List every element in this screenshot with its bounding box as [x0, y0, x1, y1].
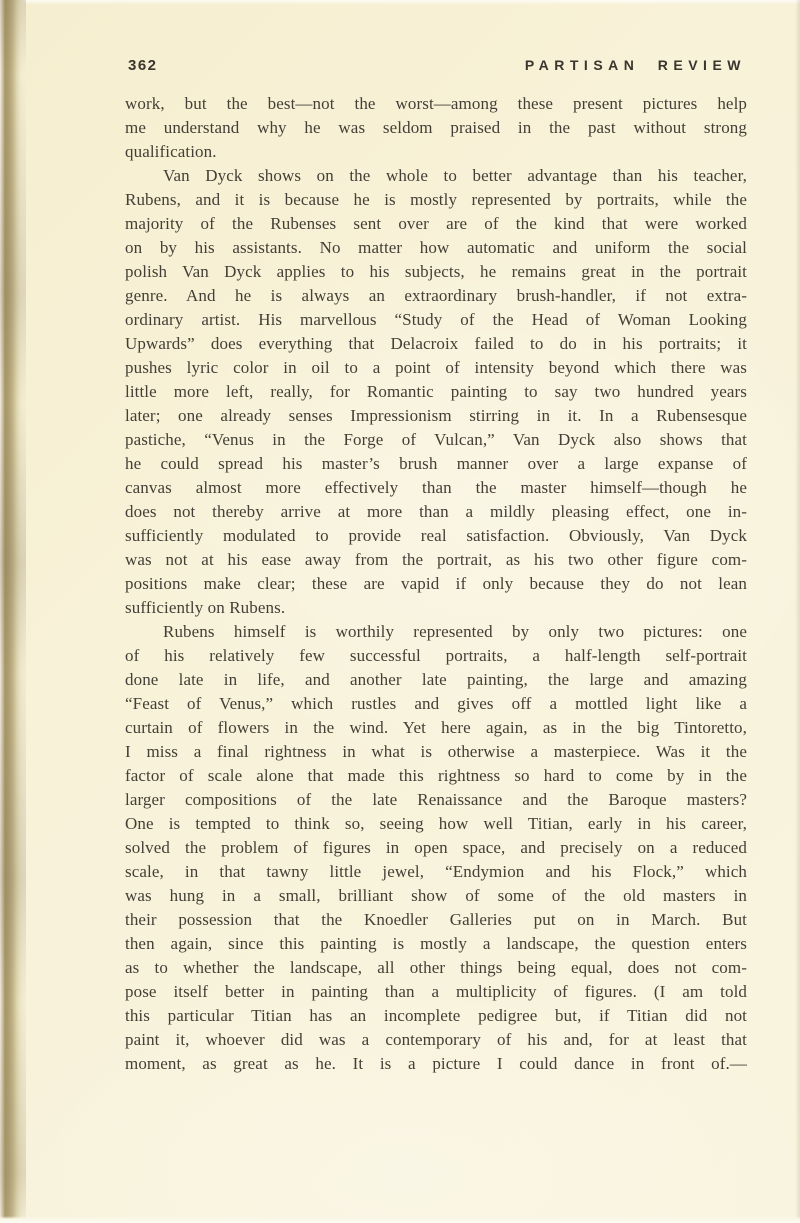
- text-line: pushes lyric color in oil to a point of …: [125, 356, 747, 380]
- text-line: does not thereby arrive at more than a m…: [125, 500, 747, 524]
- scanned-page: 362 PARTISAN REVIEW work, but the best—n…: [0, 0, 800, 1223]
- text-line: Van Dyck shows on the whole to better ad…: [125, 164, 747, 188]
- text-line: on by his assistants. No matter how auto…: [125, 236, 747, 260]
- text-line: Rubens himself is worthily represented b…: [125, 620, 747, 644]
- text-line: Rubens, and it is because he is mostly r…: [125, 188, 747, 212]
- text-line: little more left, really, for Romantic p…: [125, 380, 747, 404]
- paragraph: Van Dyck shows on the whole to better ad…: [125, 164, 747, 620]
- text-line: factor of scale alone that made this rig…: [125, 764, 747, 788]
- text-block: work, but the best—not the worst—among t…: [125, 92, 747, 1076]
- text-line: genre. And he is always an extraordinary…: [125, 284, 747, 308]
- text-line: moment, as great as he. It is a picture …: [125, 1052, 747, 1076]
- text-line: solved the problem of figures in open sp…: [125, 836, 747, 860]
- text-line: pose itself better in painting than a mu…: [125, 980, 747, 1004]
- text-line: me understand why he was seldom praised …: [125, 116, 747, 140]
- text-line: later; one already senses Impressionism …: [125, 404, 747, 428]
- text-line: sufficiently on Rubens.: [125, 596, 747, 620]
- text-line: pastiche, “Venus in the Forge of Vulcan,…: [125, 428, 747, 452]
- text-line: larger compositions of the late Renaissa…: [125, 788, 747, 812]
- text-line: of his relatively few successful portrai…: [125, 644, 747, 668]
- paragraph: Rubens himself is worthily represented b…: [125, 620, 747, 1076]
- text-line: their possession that the Knoedler Galle…: [125, 908, 747, 932]
- text-line: polish Van Dyck applies to his subjects,…: [125, 260, 747, 284]
- text-line: paint it, whoever did was a contemporary…: [125, 1028, 747, 1052]
- book-gutter-edge: [0, 0, 26, 1223]
- page-right-edge: [795, 0, 800, 1223]
- text-line: curtain of flowers in the wind. Yet here…: [125, 716, 747, 740]
- text-line: Upwards” does everything that Delacroix …: [125, 332, 747, 356]
- text-line: majority of the Rubenses sent over are o…: [125, 212, 747, 236]
- text-line: done late in life, and another late pain…: [125, 668, 747, 692]
- journal-title: PARTISAN REVIEW: [525, 57, 746, 73]
- text-line: canvas almost more effectively than the …: [125, 476, 747, 500]
- text-line: ordinary artist. His marvellous “Study o…: [125, 308, 747, 332]
- running-head: 362 PARTISAN REVIEW: [128, 57, 746, 74]
- text-line: was hung in a small, brilliant show of s…: [125, 884, 747, 908]
- text-line: qualification.: [125, 140, 747, 164]
- paragraph: work, but the best—not the worst—among t…: [125, 92, 747, 164]
- text-line: scale, in that tawny little jewel, “Endy…: [125, 860, 747, 884]
- text-line: work, but the best—not the worst—among t…: [125, 92, 747, 116]
- text-line: “Feast of Venus,” which rustles and give…: [125, 692, 747, 716]
- text-line: he could spread his master’s brush manne…: [125, 452, 747, 476]
- text-line: this particular Titian has an incomplete…: [125, 1004, 747, 1028]
- text-line: I miss a final rightness in what is othe…: [125, 740, 747, 764]
- text-line: positions make clear; these are vapid if…: [125, 572, 747, 596]
- text-line: then again, since this painting is mostl…: [125, 932, 747, 956]
- text-line: sufficiently modulated to provide real s…: [125, 524, 747, 548]
- page-number: 362: [128, 57, 158, 74]
- text-line: was not at his ease away from the portra…: [125, 548, 747, 572]
- page-top-edge: [0, 0, 800, 5]
- page-bottom-edge: [0, 1216, 800, 1223]
- text-line: One is tempted to think so, seeing how w…: [125, 812, 747, 836]
- text-line: as to whether the landscape, all other t…: [125, 956, 747, 980]
